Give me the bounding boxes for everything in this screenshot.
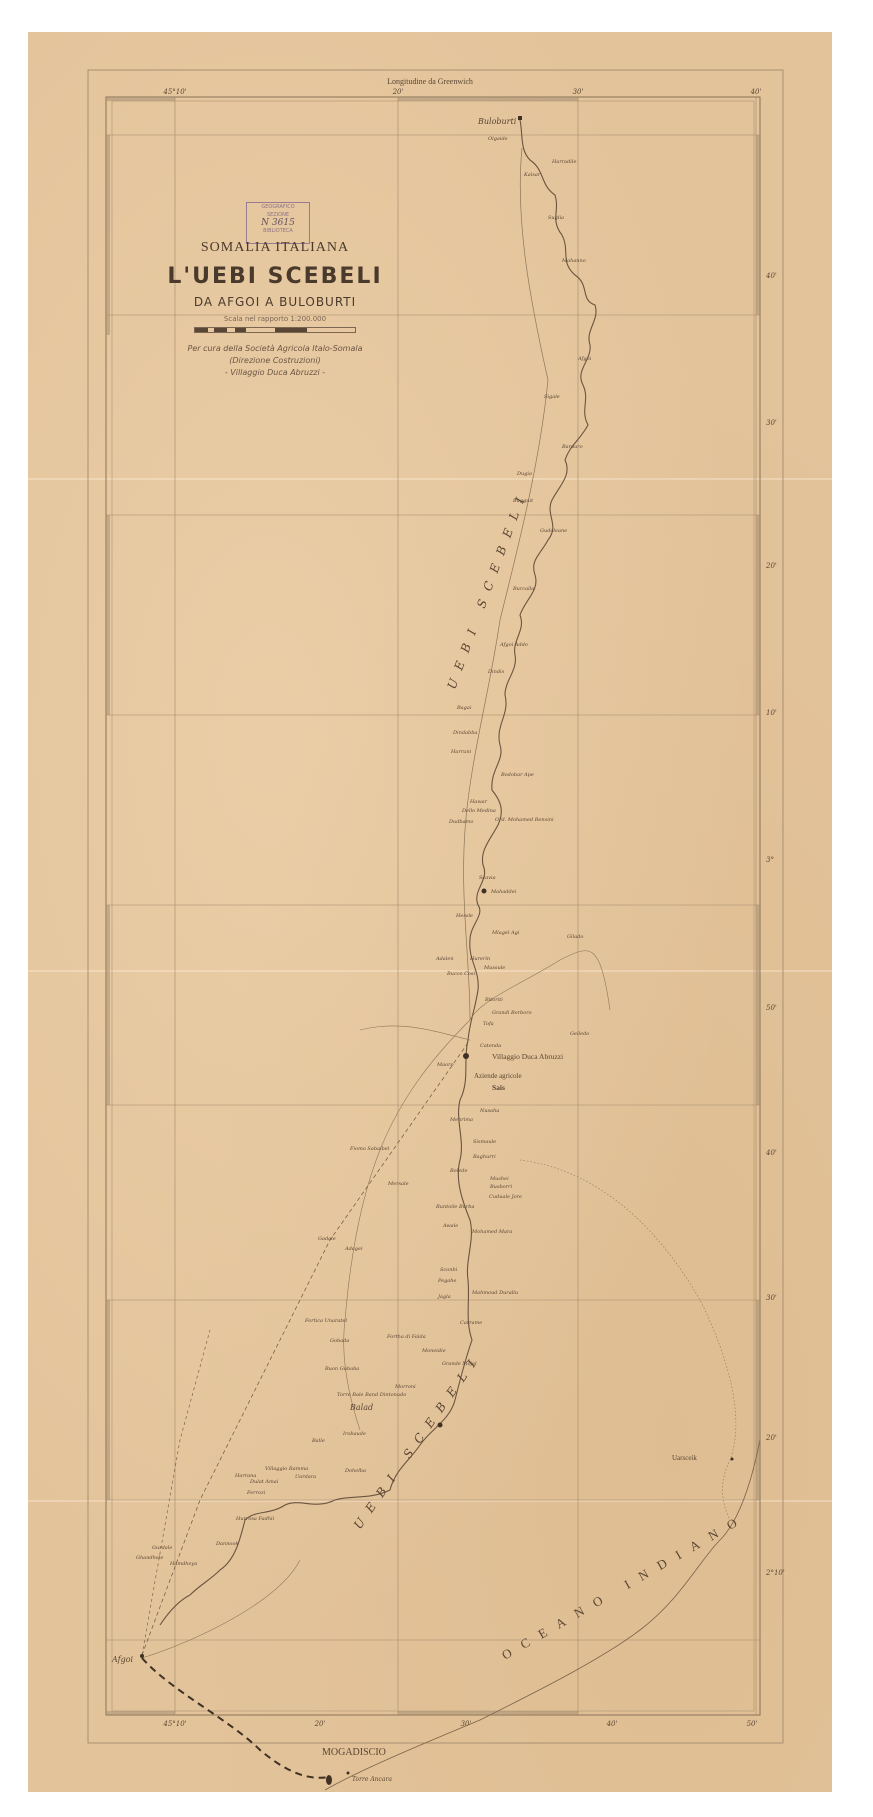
- place-name: Ord. Mohamed Rensini: [495, 817, 554, 823]
- place-name: Hawar: [469, 799, 488, 805]
- city-villaggio-duca-abruzzi: Villaggio Duca Abruzzi: [492, 1052, 563, 1061]
- tick-label: 30': [766, 1294, 777, 1302]
- place-name: Hessle: [455, 913, 473, 919]
- place-name: Bagai: [456, 705, 472, 711]
- place-name: Gobada: [330, 1338, 349, 1344]
- tick-label: 50': [747, 1720, 758, 1728]
- tick-label: 20': [314, 1720, 326, 1728]
- place-name: Mahmoud Durallu: [471, 1290, 518, 1296]
- caravan-route: [142, 1330, 210, 1655]
- map-title: L'UEBI SCEBELI: [150, 264, 400, 289]
- place-name: Harradile: [551, 159, 577, 165]
- place-name: Busborri: [489, 1184, 512, 1190]
- longitude-ticks-top: 45°10' 20' 30' 40': [162, 88, 761, 96]
- tick-label: 20': [392, 88, 404, 96]
- place-name: Nusaha: [479, 1108, 499, 1114]
- place-name: Mohamed Mara: [471, 1229, 512, 1235]
- tick-label: 40': [750, 88, 762, 96]
- place-name: Uardara: [295, 1474, 316, 1480]
- place-name: Carrame: [460, 1320, 482, 1326]
- tick-label: 40': [765, 1149, 777, 1157]
- city-afgoi: Afgoi: [111, 1655, 134, 1664]
- place-name: Ghandhele: [136, 1555, 163, 1561]
- place-name: Morroni: [394, 1384, 416, 1390]
- tick-label: 50': [766, 1004, 777, 1012]
- river-label: UEBI SCEBELI: [351, 1349, 484, 1531]
- place-name: Burcalla: [512, 586, 534, 592]
- place-name: Bodobar Ape: [500, 772, 534, 778]
- river-label-south: UEBI SCEBELI: [351, 1349, 484, 1531]
- ocean-label-group: OCEANO INDIANO: [499, 1509, 750, 1662]
- tick-label: 30': [766, 419, 777, 427]
- place-name: Baghurri: [472, 1154, 496, 1160]
- label-aziende-agricole: Aziende agricole: [474, 1072, 522, 1080]
- map-canvas: Longitudine da Greenwich 45°10' 20' 30' …: [0, 0, 873, 1817]
- map-subtitle: DA AFGOI A BULOBURTI: [150, 295, 400, 309]
- place-name: Gilado: [567, 934, 583, 940]
- place-name: Mussule: [483, 965, 505, 971]
- place-name: Ferrozi: [246, 1490, 266, 1496]
- map-credits: Per cura della Società Agricola Italo-So…: [150, 343, 400, 379]
- place-name: Buon Gubaba: [324, 1366, 359, 1372]
- place-name: Catenda: [480, 1043, 501, 1049]
- place-name: Torre Bale Band Dintonudo: [337, 1392, 406, 1398]
- place-name: Gurdale: [152, 1545, 172, 1551]
- place-name: Awale: [442, 1223, 458, 1229]
- city-uarsceik: Uarsceik: [672, 1454, 697, 1462]
- place-name: Kalsar: [523, 172, 541, 178]
- place-name: Gudoleane: [540, 528, 567, 534]
- tick-label: 20': [765, 562, 777, 570]
- place-name: Hamdheya: [169, 1561, 197, 1567]
- track-line: [360, 1026, 470, 1040]
- place-name: Sismaule: [473, 1139, 496, 1145]
- tick-label: 2°10': [765, 1569, 785, 1577]
- place-name: Adagei: [344, 1246, 363, 1252]
- tick-label: 20': [765, 1434, 777, 1442]
- place-name: Bardaro: [561, 444, 583, 450]
- tick-label: 40': [606, 1720, 618, 1728]
- place-name: Scavia: [479, 875, 496, 881]
- longitude-header: Longitudine da Greenwich: [387, 77, 473, 86]
- track-line: [470, 951, 610, 1020]
- place-name: Sconbi: [440, 1267, 458, 1273]
- city-buloburti: Buloburti: [477, 117, 517, 126]
- place-name: Irobaude: [342, 1431, 366, 1437]
- place-name: Moneidie: [421, 1348, 446, 1354]
- coastline: [325, 1440, 760, 1790]
- place-name: Fortica Unaratel: [304, 1318, 347, 1324]
- place-name: Dulat Amai: [249, 1479, 279, 1485]
- place-name: Gadale: [318, 1236, 336, 1242]
- tick-label: 45°10': [162, 1720, 186, 1728]
- tick-label: 30': [573, 88, 584, 96]
- place-name: Adalen: [435, 956, 454, 962]
- longitude-ticks-bottom: 45°10' 20' 30' 40' 50': [162, 1720, 757, 1728]
- stamp-line: BIBLIOTECA: [247, 227, 309, 235]
- place-name: Cuduale Jore: [489, 1194, 522, 1200]
- stamp-line: GEOGRAFICO: [247, 203, 309, 211]
- place-name: Suglia: [548, 215, 564, 221]
- place-name: Afgoi Addo: [499, 642, 528, 648]
- place-name: Hurerin: [469, 956, 490, 962]
- track-line: [142, 1560, 300, 1658]
- place-name: Dohelba: [344, 1468, 366, 1474]
- place-name: Tofa: [483, 1021, 494, 1027]
- place-name: Villaggio Ramma: [265, 1466, 308, 1472]
- place-name: Dugia: [516, 471, 532, 477]
- place-name: Bitoriti: [484, 997, 503, 1003]
- credit-line: Per cura della Società Agricola Italo-So…: [150, 343, 400, 355]
- tick-label: 3°: [766, 856, 774, 864]
- label-sais: Sais: [492, 1083, 505, 1092]
- place-name: Dudbamo: [448, 819, 473, 825]
- place-name: Mushei: [489, 1176, 509, 1182]
- tick-label: 45°10': [162, 88, 186, 96]
- place-name: Balle: [311, 1438, 325, 1444]
- place-name: Dindabba: [452, 730, 477, 736]
- boundary-line: [520, 1160, 736, 1520]
- city-balad: Balad: [349, 1403, 373, 1412]
- place-name: Olgaide: [488, 136, 508, 142]
- place-name: Mehrima: [449, 1117, 473, 1123]
- tick-label: 10': [766, 709, 777, 717]
- place-name: Pegahe: [437, 1278, 457, 1284]
- place-name: Dannook: [215, 1541, 238, 1547]
- place-torre: Torre Ancara: [352, 1776, 392, 1783]
- tick-label: 40': [765, 272, 777, 280]
- place-name: Hurrosa Fadhii: [235, 1516, 275, 1522]
- place-name: Jagla: [437, 1294, 451, 1300]
- place-name: Grandi Borboro: [492, 1010, 532, 1016]
- place-name: Dello Medina: [461, 808, 496, 814]
- credit-line: (Direzione Costruzioni): [150, 355, 400, 367]
- place-name: Bucco Cosi: [446, 971, 475, 977]
- city-mogadiscio: MOGADISCIO: [322, 1747, 386, 1758]
- place-name: Grande Mojel: [442, 1361, 477, 1367]
- place-name: Mahanno: [561, 258, 586, 264]
- place-name: Fortha di Falda: [386, 1334, 426, 1340]
- railway-afgoi-mogadiscio: [142, 1658, 330, 1778]
- place-name: Dindis: [487, 669, 505, 675]
- scale-bar: [194, 327, 356, 333]
- place-name: Mersale: [387, 1181, 409, 1187]
- place-name: Maoro: [436, 1062, 454, 1068]
- place-name: Afgoi: [577, 356, 592, 362]
- place-name: Harruni: [450, 749, 472, 755]
- place-name: Bugguit: [512, 498, 534, 504]
- place-name: Runtoile Burba: [435, 1204, 474, 1210]
- place-name: Fiomo Sabaibel: [349, 1146, 390, 1152]
- place-name: Gelledo: [570, 1031, 589, 1037]
- place-name: Mahaddei: [490, 889, 517, 895]
- credit-line: - Villaggio Duca Abruzzi -: [150, 367, 400, 379]
- stamp-number: N 3615: [247, 219, 309, 227]
- place-name: Mlagel Agi: [491, 930, 520, 936]
- ocean-label: OCEANO INDIANO: [499, 1509, 750, 1662]
- map-country: SOMALIA ITALIANA: [150, 240, 400, 256]
- place-name: Bolede: [449, 1168, 467, 1174]
- title-block: SOMALIA ITALIANA L'UEBI SCEBELI DA AFGOI…: [150, 240, 400, 379]
- map-scale-text: Scala nel rapporto 1:200.000: [150, 315, 400, 323]
- library-stamp: GEOGRAFICO SEZIONE N 3615 BIBLIOTECA: [246, 202, 310, 244]
- latitude-ticks-right: 40' 30' 20' 10' 3° 50' 40' 30' 20' 2°10': [765, 272, 785, 1577]
- place-name: Sigale: [544, 394, 560, 400]
